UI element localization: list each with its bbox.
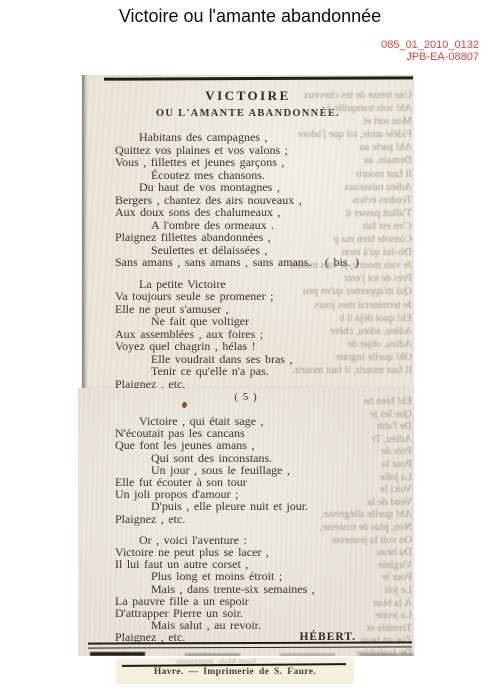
- poem-line: Plaignez , etc.: [115, 378, 414, 389]
- poem-line: Plaignez , etc.: [115, 513, 414, 525]
- poem-line: Vous , fillettes et jeunes garçons ,: [115, 156, 414, 169]
- colophon-text: Havre. — Imprimerie de S. Faure.: [116, 667, 354, 677]
- poem-line: Qui sont des inconstans.: [151, 452, 414, 464]
- poem-line: D'puis , elle pleure nuit et jour.: [151, 500, 414, 512]
- poem-line: Mon sort et: [290, 115, 412, 128]
- reference-line-2: JPB-EA-08807: [381, 52, 479, 64]
- double-rule: [88, 641, 412, 648]
- poem-line: Une tresse de tes cheveux: [290, 89, 412, 102]
- page-root: Victoire ou l'amante abandonnée 085_01_2…: [0, 0, 500, 689]
- scan-page-top: Une tresse de tes cheveuxAh! sois tranqu…: [82, 75, 414, 388]
- poem-line: Habitans des campagnes ,: [139, 131, 414, 144]
- scan-page-bottom: Eh! bien heQue les jeDe l'abbAdieu, TrPr…: [78, 388, 414, 656]
- reference-number: 085_01_2010_0132 JPB-EA-08807: [381, 40, 479, 63]
- poem-line: Tenir ce qu'elle n'a pas.: [151, 365, 414, 378]
- stanza-1: Habitans des campagnes ,Quittez vos plai…: [115, 131, 414, 269]
- poem-line: Va toujours seule se promener ;: [115, 290, 414, 303]
- poem-line: Plus long et moins étroit ;: [151, 570, 414, 582]
- poem-line: Mais , dans trente-six semaines ,: [151, 583, 414, 595]
- top-rule: [104, 76, 413, 80]
- poem-line: Que font les jeunes amans ,: [115, 439, 414, 451]
- reference-line-1: 085_01_2010_0132: [381, 40, 479, 52]
- poem-line: Ah! sois tranquille à: [290, 102, 412, 115]
- stanza-4: Or , voici l'aventure :Victoire ne peut …: [115, 534, 414, 644]
- colophon-strip: Saint-Malo, imprimerie Havre. — Imprimer…: [116, 658, 354, 684]
- page-title: Victoire ou l'amante abandonnée: [0, 6, 500, 27]
- stanza-3: Victoire , qui était sage ,N'écoutait pa…: [115, 415, 414, 525]
- stanza-2: La petite VictoireVa toujours seule se p…: [115, 278, 414, 389]
- poem-line: Voyez quel chagrin , hélas !: [115, 340, 414, 353]
- ink-stain: [182, 402, 187, 408]
- poem-line: Plaignez fillettes abandonnées ,: [115, 231, 414, 244]
- poem-line: Mais salut , au revoir.: [151, 619, 414, 631]
- poem-line: Aux doux sons des chalumeaux ,: [115, 206, 414, 219]
- cutoff-text-smudge: [90, 652, 145, 656]
- poem-line: De Joséphine: [290, 648, 412, 656]
- page-number: ( 5 ): [78, 391, 414, 403]
- poem-line: Ne fait que voltiger: [151, 315, 414, 328]
- poem-line: Du haut de vos montagnes ,: [139, 181, 414, 194]
- poem-line: Sans amans , sans amans , sans amans. ( …: [115, 256, 414, 269]
